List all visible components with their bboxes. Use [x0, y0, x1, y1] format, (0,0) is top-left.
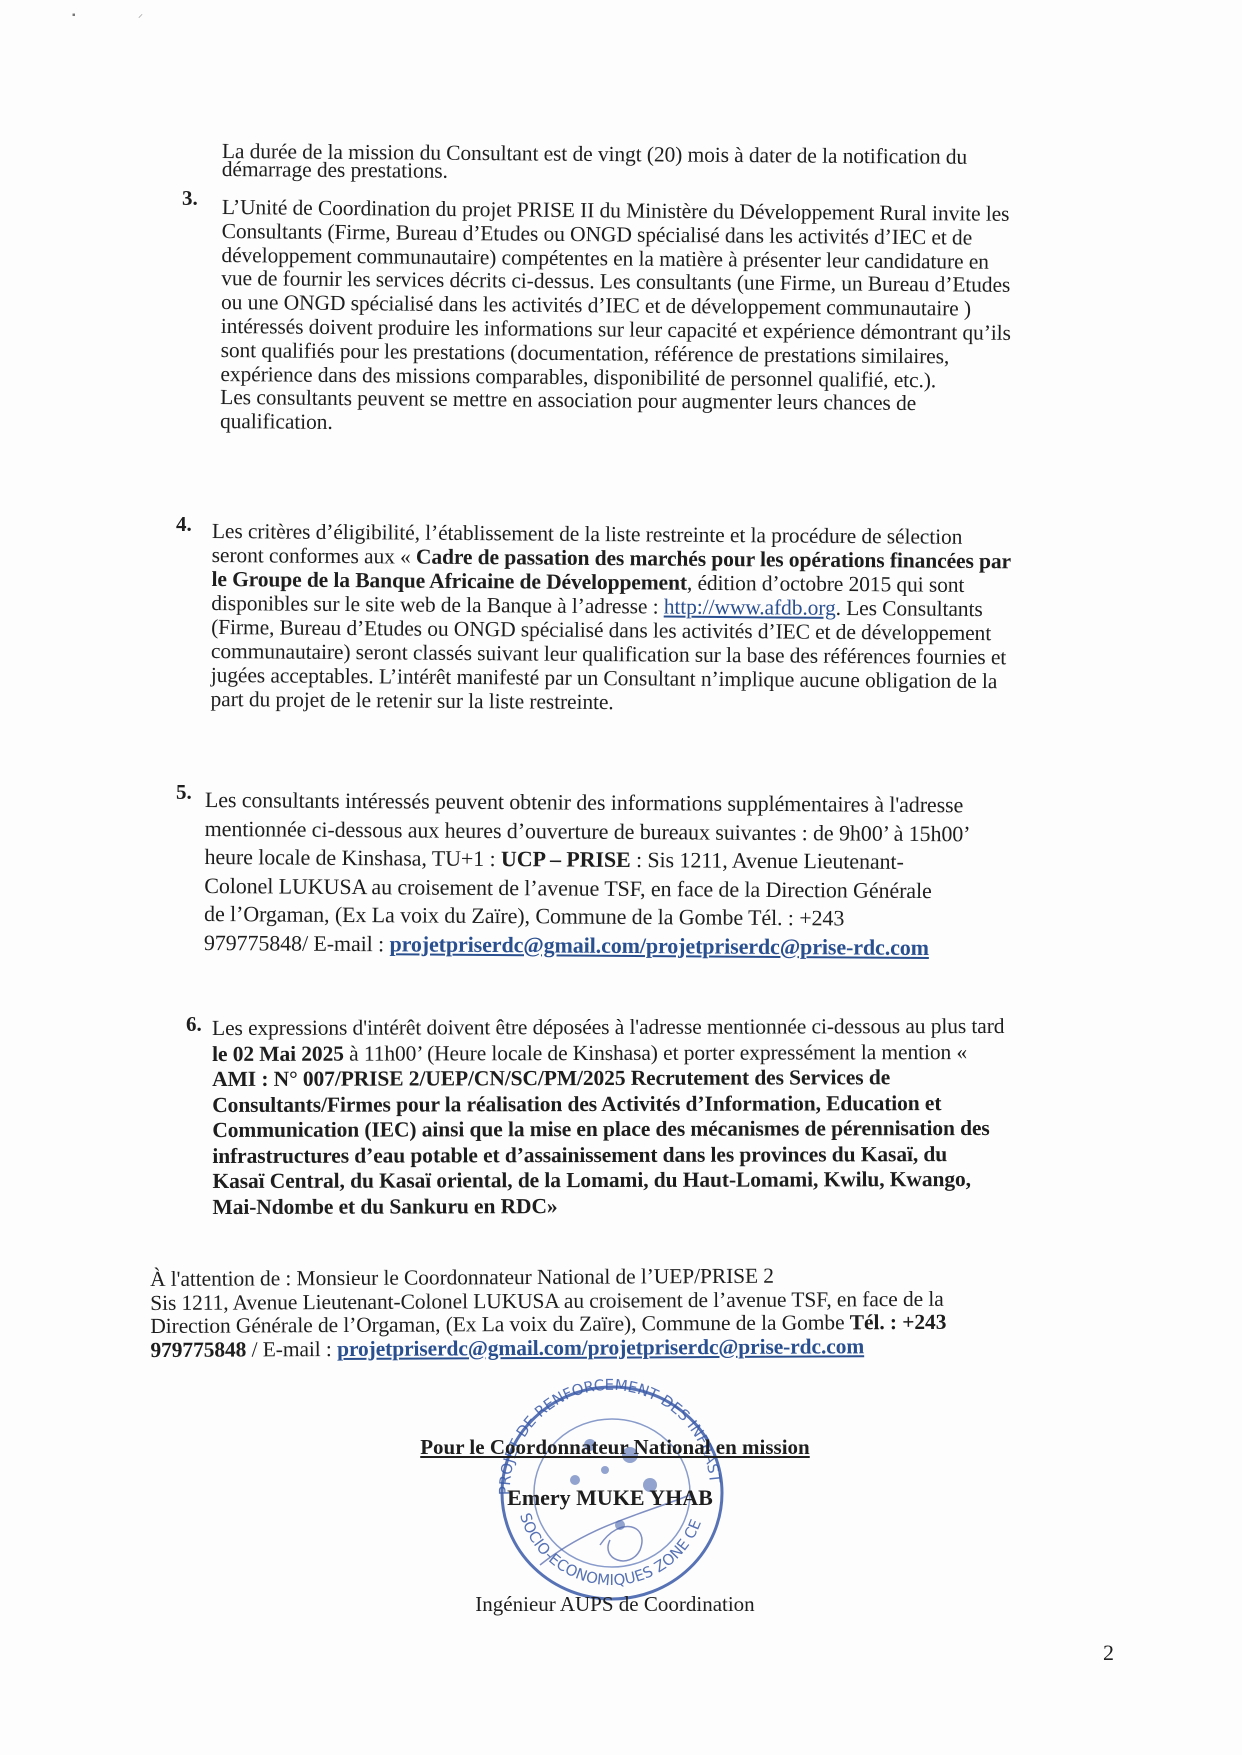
- paragraph-line: Les expressions d'intérêt doivent être d…: [212, 1014, 1132, 1042]
- afdb-link[interactable]: http://www.afdb.org: [664, 595, 836, 620]
- scan-artifact: ⸝: [138, 6, 143, 20]
- phone-label: Tél. : +243: [850, 1310, 947, 1335]
- document-page: ▪ ⸝ La durée de la mission du Consultant…: [0, 0, 1242, 1755]
- item-number: 6.: [186, 1012, 202, 1037]
- ucp-prise-label: UCP – PRISE: [501, 846, 631, 872]
- paragraph-line: Kasaï Central, du Kasaï oriental, de la …: [212, 1167, 1132, 1195]
- signature-heading: Pour le Coordonnateur National en missio…: [380, 1435, 850, 1460]
- deadline-date: le 02 Mai 2025: [212, 1041, 344, 1065]
- item-number: 5.: [176, 780, 192, 805]
- paragraph-line: Consultants/Firmes pour la réalisation d…: [212, 1090, 1132, 1118]
- item-number: 4.: [176, 512, 192, 537]
- intro-paragraph: La durée de la mission du Consultant est…: [222, 142, 1152, 185]
- item-3-paragraph: L’Unité de Coordination du projet PRISE …: [220, 196, 1152, 442]
- scan-artifact: ▪: [72, 10, 76, 21]
- address-block: À l'attention de : Monsieur le Coordonna…: [150, 1263, 1135, 1362]
- paragraph-line: 979775848/ E-mail : projetpriserdc@gmail…: [204, 928, 1164, 963]
- phone-number: 979775848: [150, 1337, 246, 1362]
- item-number: 3.: [182, 186, 198, 211]
- signatory-name: Emery MUKE YHAB: [460, 1485, 760, 1511]
- email-link[interactable]: projetpriserdc@gmail.com/projetpriserdc@…: [389, 931, 929, 960]
- paragraph-line: le 02 Mai 2025 à 11h00’ (Heure locale de…: [212, 1039, 1132, 1067]
- item-4-paragraph: Les critères d’éligibilité, l’établissem…: [210, 519, 1156, 718]
- paragraph-line: Mai-Ndombe et du Sankuru en RDC»: [212, 1192, 1132, 1220]
- email-link[interactable]: projetpriserdc@gmail.com/projetpriserdc@…: [337, 1334, 864, 1361]
- paragraph-line: Communication (IEC) ainsi que la mise en…: [212, 1116, 1132, 1144]
- paragraph-line: AMI : N° 007/PRISE 2/UEP/CN/SC/PM/2025 R…: [212, 1065, 1132, 1093]
- page-number: 2: [1103, 1640, 1114, 1666]
- address-line: 979775848 / E-mail : projetpriserdc@gmai…: [150, 1333, 1135, 1362]
- item-6-paragraph: Les expressions d'intérêt doivent être d…: [212, 1014, 1133, 1220]
- item-5-paragraph: Les consultants intéressés peuvent obten…: [204, 786, 1165, 964]
- paragraph-line: infrastructures d’eau potable et d’assai…: [212, 1141, 1132, 1169]
- signatory-title: Ingénieur AUPS de Coordination: [440, 1592, 790, 1617]
